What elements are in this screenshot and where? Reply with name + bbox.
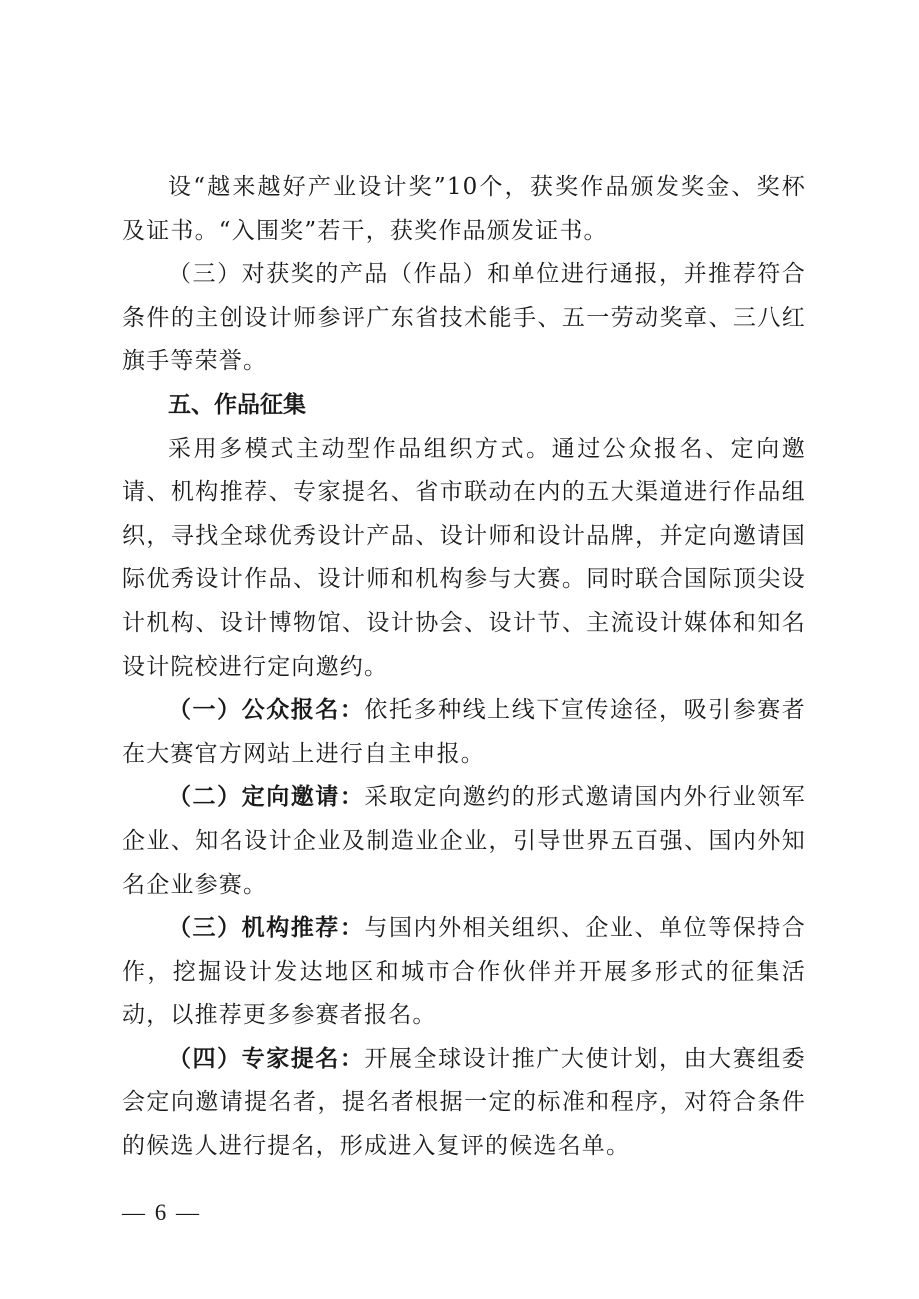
award-paragraph: 设“越来越好产业设计奖”10个，获奖作品颁发奖金、奖杯及证书。“入围奖”若干，获… — [122, 166, 806, 253]
section-heading: 五、作品征集 — [122, 384, 806, 428]
channel-institution-recommendation: （三）机构推荐：与国内外相关组织、企业、单位等保持合作，挖掘设计发达地区和城市合… — [122, 907, 806, 1038]
intro-paragraph: 采用多模式主动型作品组织方式。通过公众报名、定向邀请、机构推荐、专家提名、省市联… — [122, 428, 806, 690]
channel-lead: （三）机构推荐： — [168, 915, 364, 941]
channel-lead: （二）定向邀请： — [168, 784, 364, 810]
channel-targeted-invitation: （二）定向邀请：采取定向邀约的形式邀请国内外行业领军企业、知名设计企业及制造业企… — [122, 776, 806, 907]
channel-lead: （四）专家提名： — [168, 1046, 364, 1072]
page-number: — 6 — — [122, 1200, 201, 1226]
document-body: 设“越来越好产业设计奖”10个，获奖作品颁发奖金、奖杯及证书。“入围奖”若干，获… — [122, 166, 806, 1169]
channel-expert-nomination: （四）专家提名：开展全球设计推广大使计划，由大赛组委会定向邀请提名者，提名者根据… — [122, 1038, 806, 1169]
honor-paragraph: （三）对获奖的产品（作品）和单位进行通报，并推荐符合条件的主创设计师参评广东省技… — [122, 253, 806, 384]
channel-lead: （一）公众报名： — [168, 697, 364, 723]
channel-public-registration: （一）公众报名：依托多种线上线下宣传途径，吸引参赛者在大赛官方网站上进行自主申报… — [122, 689, 806, 776]
